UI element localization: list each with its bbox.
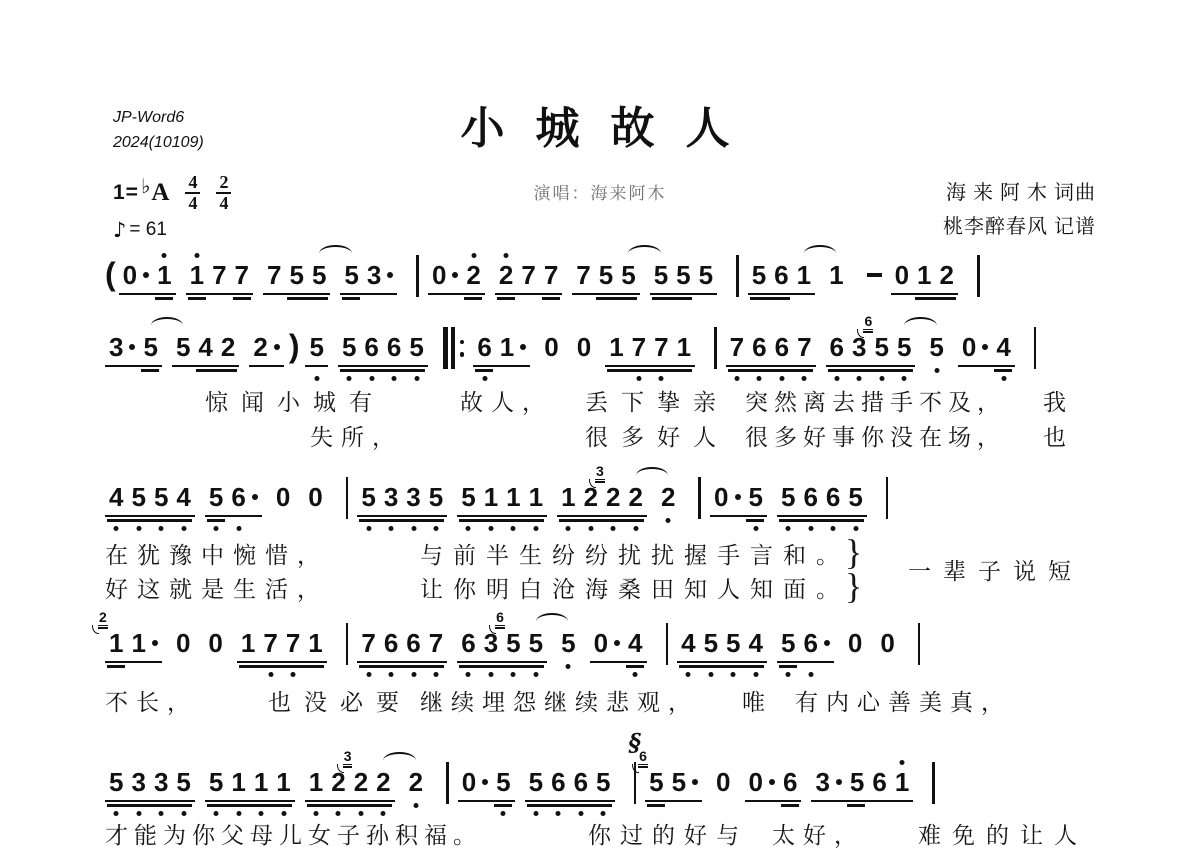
octave-dot-low bbox=[808, 526, 813, 531]
note: 0 bbox=[304, 482, 326, 512]
note: 1 bbox=[673, 332, 695, 362]
lyric-segment: 继续埋怨继续悲观， bbox=[420, 688, 699, 718]
beam-line bbox=[107, 804, 192, 807]
note-digit: 5 bbox=[289, 260, 303, 290]
note-digit: 1 bbox=[157, 260, 171, 290]
octave-dot-low bbox=[414, 376, 419, 381]
octave-dot-low bbox=[533, 526, 538, 531]
octave-dot-low bbox=[488, 526, 493, 531]
note: 5 bbox=[205, 767, 227, 797]
note-digit: 1 bbox=[609, 332, 623, 362]
note-digit: 5 bbox=[596, 767, 610, 797]
note-digit: 4 bbox=[109, 482, 123, 512]
parenthesis: ( bbox=[105, 258, 116, 290]
octave-dot-low bbox=[808, 672, 813, 677]
octave-dot-low bbox=[389, 526, 394, 531]
lyric-segment: 一辈子说短 bbox=[908, 557, 1083, 587]
note: 5 bbox=[338, 332, 360, 362]
lyric-segment: 太好， bbox=[772, 821, 865, 850]
beam-group: 5335 bbox=[105, 767, 195, 797]
octave-dot-low bbox=[433, 672, 438, 677]
note-digit: 5 bbox=[672, 767, 686, 797]
note: 5 bbox=[745, 482, 767, 512]
note: 7 bbox=[357, 628, 379, 658]
duration-dot bbox=[387, 272, 393, 278]
note-digit: 6 bbox=[461, 628, 475, 658]
note: 7 bbox=[208, 260, 230, 290]
beam-group: 2 bbox=[249, 332, 283, 362]
note: 5 bbox=[308, 260, 330, 290]
note: 5 bbox=[668, 767, 702, 797]
octave-dot-low bbox=[511, 672, 516, 677]
octave-dot-low bbox=[578, 811, 583, 816]
note-digit: 7 bbox=[797, 332, 811, 362]
grace-note: 6 bbox=[495, 610, 505, 626]
note-digit: 5 bbox=[929, 332, 943, 362]
lyric-segment: 丢下挚亲 bbox=[585, 388, 729, 418]
octave-dot-low bbox=[802, 376, 807, 381]
repeat-dots bbox=[460, 340, 465, 357]
octave-dot-low bbox=[879, 376, 884, 381]
barline bbox=[346, 623, 349, 665]
lyric-segment: 也 bbox=[1043, 423, 1066, 453]
note: 5 bbox=[150, 482, 172, 512]
note: 5 bbox=[357, 482, 379, 512]
octave-dot-low bbox=[366, 672, 371, 677]
lyric-segment: 很多好事你没在场， bbox=[745, 423, 1006, 453]
duration-dot bbox=[143, 272, 149, 278]
note-digit: 5 bbox=[409, 332, 423, 362]
note: 6 bbox=[799, 482, 821, 512]
beam-group: 7667 bbox=[726, 332, 816, 362]
note: 5 bbox=[672, 260, 694, 290]
note-digit: 5 bbox=[506, 628, 520, 658]
octave-dot-low bbox=[779, 376, 784, 381]
octave-dot-low bbox=[488, 672, 493, 677]
beam-line bbox=[494, 804, 512, 807]
repeat-dot bbox=[460, 352, 465, 357]
note-digit: 5 bbox=[704, 628, 718, 658]
beam-line bbox=[828, 369, 913, 372]
barline bbox=[918, 623, 921, 665]
repeat-start-sign bbox=[443, 327, 465, 369]
note-digit: 5 bbox=[344, 260, 358, 290]
beam-line bbox=[287, 297, 328, 300]
octave-dot-low bbox=[159, 526, 164, 531]
beam-line bbox=[340, 369, 425, 372]
note-digit: 5 bbox=[897, 332, 911, 362]
octave-dot-low bbox=[259, 811, 264, 816]
note: 4 bbox=[745, 628, 767, 658]
note: 1 bbox=[227, 767, 249, 797]
duration-dot bbox=[482, 779, 488, 785]
octave-dot-low bbox=[466, 526, 471, 531]
note-digit: 1 bbox=[484, 482, 498, 512]
note-digit: 4 bbox=[749, 628, 763, 658]
note-digit: 5 bbox=[752, 260, 766, 290]
tie-arc bbox=[383, 752, 415, 769]
barline bbox=[886, 477, 889, 519]
beam-group: 61 bbox=[473, 332, 530, 362]
note-digit: 1 bbox=[190, 260, 204, 290]
note-digit: 3 bbox=[815, 767, 829, 797]
note-digit: 5 bbox=[154, 482, 168, 512]
note: 5 bbox=[844, 482, 866, 512]
note-digit: 1 bbox=[231, 767, 245, 797]
note-digit: 5 bbox=[109, 767, 123, 797]
note: 2 bbox=[405, 767, 427, 797]
octave-dot-low bbox=[392, 376, 397, 381]
note-digit: 5 bbox=[726, 628, 740, 658]
note: 6 bbox=[473, 332, 495, 362]
note: 5 bbox=[492, 767, 514, 797]
note: 0 bbox=[172, 628, 194, 658]
octave-dot-low bbox=[533, 672, 538, 677]
octave-dot-low bbox=[214, 526, 219, 531]
tie-arc bbox=[319, 245, 351, 262]
lyric-segment: 难免的让人 bbox=[918, 821, 1088, 850]
note: 3 bbox=[150, 767, 172, 797]
duration-dot bbox=[614, 640, 620, 646]
octave-dot-low bbox=[381, 811, 386, 816]
octave-dot-low bbox=[686, 672, 691, 677]
note-digit: 4 bbox=[628, 628, 642, 658]
beam-group: 0 bbox=[272, 482, 294, 512]
note: 7 bbox=[540, 260, 562, 290]
note-digit: 2 bbox=[354, 767, 368, 797]
octave-dot-low bbox=[753, 526, 758, 531]
octave-dot-low bbox=[389, 672, 394, 677]
beam-line bbox=[141, 369, 159, 372]
note: 0 bbox=[458, 767, 492, 797]
beam-line bbox=[915, 297, 956, 300]
note: 21 bbox=[105, 628, 127, 658]
beam-line bbox=[307, 804, 392, 807]
note: 7 bbox=[793, 332, 815, 362]
duration-dot bbox=[692, 779, 698, 785]
beam-group: 5665 bbox=[338, 332, 428, 362]
note: 6 bbox=[822, 482, 844, 512]
beam-group: 0 bbox=[172, 628, 194, 658]
beam-group: 755 bbox=[572, 260, 639, 290]
beam-group: 755 bbox=[263, 260, 330, 290]
note: 3 bbox=[105, 332, 139, 362]
note: 3 bbox=[127, 767, 149, 797]
octave-dot-low bbox=[611, 526, 616, 531]
octave-dot-low bbox=[588, 526, 593, 531]
note: 5 bbox=[592, 767, 614, 797]
beam-line bbox=[679, 665, 764, 668]
note-digit: 1 bbox=[109, 628, 123, 658]
note-digit: 5 bbox=[676, 260, 690, 290]
octave-dot-low bbox=[1001, 376, 1006, 381]
note-digit: 5 bbox=[561, 628, 575, 658]
beam-line bbox=[779, 665, 797, 668]
note-digit: 5 bbox=[429, 482, 443, 512]
barline bbox=[346, 477, 349, 519]
note: 6 bbox=[227, 482, 261, 512]
note: 7 bbox=[650, 332, 672, 362]
note: 2 bbox=[217, 332, 239, 362]
note-digit: 7 bbox=[521, 260, 535, 290]
note-digit: 5 bbox=[529, 767, 543, 797]
note: 3 bbox=[402, 482, 424, 512]
beam-group: 0 bbox=[712, 767, 734, 797]
note: 6 bbox=[547, 767, 569, 797]
beam-line bbox=[527, 804, 612, 807]
repeat-bar-thin bbox=[451, 327, 455, 369]
note-digit: 2 bbox=[409, 767, 423, 797]
note-digit: 5 bbox=[848, 482, 862, 512]
repeat-dot bbox=[460, 340, 465, 345]
note: 1 bbox=[913, 260, 935, 290]
note-digit: 6 bbox=[574, 767, 588, 797]
beam-group: 5 bbox=[925, 332, 947, 362]
note-digit: 2 bbox=[940, 260, 954, 290]
duration-dot bbox=[735, 494, 741, 500]
note: 65 bbox=[645, 767, 667, 797]
note: 1 bbox=[480, 482, 502, 512]
note: 6 bbox=[799, 628, 833, 658]
note: 6 bbox=[826, 332, 848, 362]
note: 1 bbox=[502, 482, 524, 512]
note: 5 bbox=[340, 260, 362, 290]
note: 6 bbox=[402, 628, 424, 658]
note-digit: 5 bbox=[649, 767, 663, 797]
barline bbox=[698, 477, 701, 519]
barline bbox=[1034, 327, 1037, 369]
note-digit: 3 bbox=[406, 482, 420, 512]
note-digit: 6 bbox=[406, 628, 420, 658]
note-digit: 1 bbox=[917, 260, 931, 290]
note-digit: 5 bbox=[529, 628, 543, 658]
note-digit: 5 bbox=[143, 332, 157, 362]
note-digit: 5 bbox=[461, 482, 475, 512]
beam-group: 1771 bbox=[605, 332, 695, 362]
beam-line bbox=[781, 804, 799, 807]
octave-dot-low bbox=[291, 672, 296, 677]
lyric-segment: 我 bbox=[1043, 388, 1066, 418]
note-digit: 4 bbox=[198, 332, 212, 362]
beam-line bbox=[475, 369, 493, 372]
note: 2 bbox=[936, 260, 958, 290]
note-digit: 3 bbox=[109, 332, 123, 362]
note-digit: 2 bbox=[376, 767, 390, 797]
lyric-row: 惊闻小城有故人，丢下挚亲突然离去措手不及，我 bbox=[0, 388, 1200, 420]
beam-group: 5665 bbox=[777, 482, 867, 512]
note: 5 bbox=[127, 482, 149, 512]
octave-dot-low bbox=[857, 376, 862, 381]
beam-group: 04 bbox=[590, 628, 647, 658]
beam-line bbox=[155, 297, 173, 300]
note: 0 bbox=[844, 628, 866, 658]
note-digit: 6 bbox=[774, 260, 788, 290]
octave-dot-high bbox=[471, 253, 476, 258]
note: 7 bbox=[517, 260, 539, 290]
note-digit: 1 bbox=[500, 332, 514, 362]
note: 1 bbox=[272, 767, 294, 797]
beam-group: 7667 bbox=[357, 628, 447, 658]
barline bbox=[977, 255, 980, 297]
note: 3 bbox=[811, 767, 845, 797]
beam-group: 5335 bbox=[357, 482, 447, 512]
beam-group: 177 bbox=[186, 260, 253, 290]
repeat-bar-thick bbox=[443, 327, 448, 369]
lyric-segment: 不长， bbox=[105, 688, 198, 718]
grace-note: 6 bbox=[863, 314, 873, 330]
beam-group: 542 bbox=[172, 332, 239, 362]
sheet-music-page: JP-Word6 2024(10109) 1=♭A 4 4 2 4 ♪ = 61… bbox=[0, 0, 1200, 850]
octave-dot-low bbox=[831, 526, 836, 531]
beam-line bbox=[647, 804, 665, 807]
lyric-segment: 惊闻小城有 bbox=[205, 388, 385, 418]
octave-dot-low bbox=[902, 376, 907, 381]
note-digit: 5 bbox=[654, 260, 668, 290]
note: 2 bbox=[249, 332, 283, 362]
note: 1 bbox=[127, 628, 161, 658]
note: 1 bbox=[605, 332, 627, 362]
octave-dot-low bbox=[313, 811, 318, 816]
lyric-row: 失所，很多好人很多好事你没在场，也 bbox=[0, 423, 1200, 455]
beam-line bbox=[497, 297, 515, 300]
note: 1 bbox=[237, 628, 259, 658]
beam-group: 2 bbox=[405, 767, 427, 797]
octave-dot-low bbox=[786, 672, 791, 677]
octave-dot-low bbox=[482, 376, 487, 381]
note: 2 bbox=[372, 767, 394, 797]
beam-group: 63655 bbox=[826, 332, 916, 362]
note-digit: 2 bbox=[253, 332, 267, 362]
note: 2 bbox=[462, 260, 484, 290]
note-digit: 6 bbox=[826, 482, 840, 512]
beam-group: 0 bbox=[844, 628, 866, 658]
octave-dot-low bbox=[114, 526, 119, 531]
beam-line bbox=[750, 297, 790, 300]
duration-dot bbox=[252, 494, 258, 500]
octave-dot-low bbox=[181, 526, 186, 531]
octave-dot-low bbox=[934, 368, 939, 373]
octave-dot-low bbox=[601, 811, 606, 816]
note-digit: 1 bbox=[677, 332, 691, 362]
note: 6 bbox=[360, 332, 382, 362]
note-digit: 1 bbox=[241, 628, 255, 658]
duration-dot bbox=[152, 640, 158, 646]
note: 5 bbox=[846, 767, 868, 797]
note: 5 bbox=[925, 332, 947, 362]
note: 5 bbox=[595, 260, 617, 290]
octave-dot-low bbox=[533, 811, 538, 816]
beam-line bbox=[107, 665, 125, 668]
octave-dot-high bbox=[900, 760, 905, 765]
lyric-segment: 你过的好与 bbox=[588, 821, 748, 850]
note: 5 bbox=[722, 628, 744, 658]
note-digit: 1 bbox=[506, 482, 520, 512]
sustain-dash bbox=[867, 273, 882, 276]
beam-group: 4554 bbox=[677, 628, 767, 658]
note-digit: 1 bbox=[309, 767, 323, 797]
beam-line bbox=[359, 519, 444, 522]
beam-group: 0 bbox=[540, 332, 562, 362]
octave-dot-high bbox=[504, 253, 509, 258]
note: 5 bbox=[748, 260, 770, 290]
duration-dot bbox=[769, 779, 775, 785]
tie-arc bbox=[804, 245, 836, 262]
note-digit: 5 bbox=[699, 260, 713, 290]
octave-dot-low bbox=[366, 526, 371, 531]
note: 0 bbox=[540, 332, 562, 362]
octave-dot-low bbox=[281, 811, 286, 816]
beam-group: 05 bbox=[710, 482, 767, 512]
beam-group: 5111 bbox=[205, 767, 295, 797]
note-digit: 0 bbox=[208, 628, 222, 658]
beam-line bbox=[459, 519, 544, 522]
note: 7 bbox=[282, 628, 304, 658]
note-digit: 1 bbox=[797, 260, 811, 290]
note-digit: 5 bbox=[209, 767, 223, 797]
octave-dot-low bbox=[236, 811, 241, 816]
beam-line bbox=[196, 369, 237, 372]
note: 4 bbox=[624, 628, 646, 658]
note: 1 bbox=[793, 260, 815, 290]
note-digit: 5 bbox=[342, 332, 356, 362]
octave-dot-low bbox=[268, 672, 273, 677]
note-digit: 7 bbox=[361, 628, 375, 658]
barline bbox=[416, 255, 419, 297]
note: 6 bbox=[380, 628, 402, 658]
note: 5 bbox=[525, 767, 547, 797]
beam-line bbox=[994, 369, 1012, 372]
beam-group: 63655 bbox=[457, 628, 547, 658]
beam-group: 01 bbox=[119, 260, 176, 290]
note: 6 bbox=[457, 628, 479, 658]
note: 5 bbox=[695, 260, 717, 290]
note: 7 bbox=[726, 332, 748, 362]
beam-group: 35 bbox=[105, 332, 162, 362]
note-digit: 4 bbox=[996, 332, 1010, 362]
note: 1 bbox=[891, 767, 913, 797]
note-digit: 4 bbox=[681, 628, 695, 658]
note: 3 bbox=[363, 260, 397, 290]
note: 0 bbox=[573, 332, 595, 362]
note: 2 bbox=[327, 767, 349, 797]
note-digit: 3 bbox=[384, 482, 398, 512]
note: 65 bbox=[502, 628, 524, 658]
music-line: 53355111123222055665§6550063561 bbox=[105, 767, 944, 797]
note-digit: 5 bbox=[176, 767, 190, 797]
duration-dot bbox=[274, 344, 280, 350]
note-digit: 7 bbox=[654, 332, 668, 362]
beam-group: 655 bbox=[645, 767, 702, 797]
note: 4 bbox=[172, 482, 194, 512]
octave-dot-low bbox=[181, 811, 186, 816]
note: 65 bbox=[870, 332, 892, 362]
note-digit: 5 bbox=[496, 767, 510, 797]
beam-line bbox=[559, 519, 644, 522]
note-digit: 7 bbox=[576, 260, 590, 290]
octave-dot-low bbox=[633, 526, 638, 531]
note: 1 bbox=[525, 482, 547, 512]
octave-dot-low bbox=[411, 526, 416, 531]
octave-dot-low bbox=[556, 811, 561, 816]
note: 0 bbox=[710, 482, 744, 512]
beam-group: 56 bbox=[777, 628, 834, 658]
note-digit: 2 bbox=[499, 260, 513, 290]
note-digit: 7 bbox=[212, 260, 226, 290]
octave-dot-low bbox=[159, 811, 164, 816]
beam-line bbox=[746, 519, 764, 522]
barline bbox=[666, 623, 669, 665]
note: 5 bbox=[617, 260, 639, 290]
